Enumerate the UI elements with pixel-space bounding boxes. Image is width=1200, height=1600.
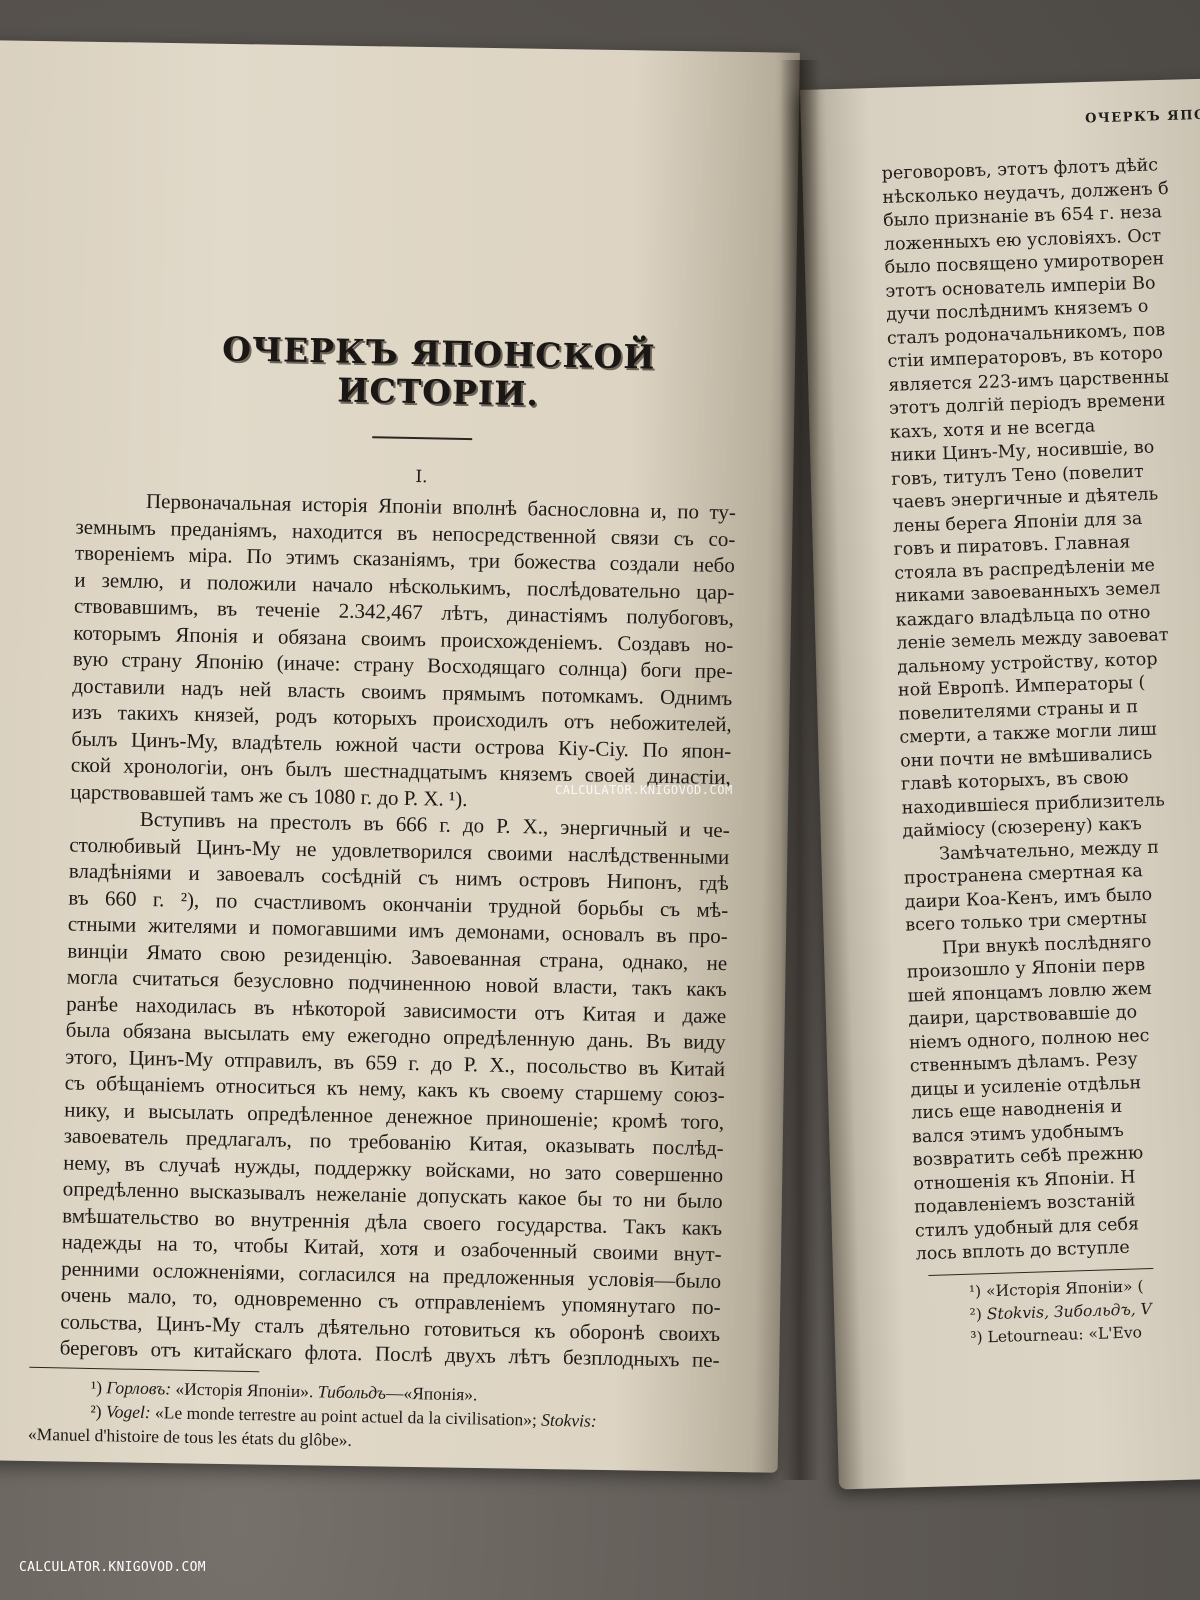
left-page-content: ОЧЕРКЪ ЯПОНСКОЙ ИСТОРІИ. I. Первоначальн…: [28, 290, 740, 1459]
footnote-divider: [928, 1267, 1153, 1275]
watermark-bottom-left: CALCULATOR.KNIGOVOD.COM: [19, 1560, 206, 1575]
book-gutter-shadow: [780, 60, 820, 1480]
chapter-title: ОЧЕРКЪ ЯПОНСКОЙ ИСТОРІИ.: [138, 328, 739, 418]
right-body-text: реговоровъ, этотъ флотъ дѣйс нѣсколько н…: [881, 152, 1200, 1267]
footnotes: ¹) Горловъ: «Исторія Японіи». Тибольдъ—«…: [28, 1373, 719, 1458]
right-footnotes: ¹) «Исторія Японіи» ( ²) Stokvis, Зиболь…: [917, 1271, 1200, 1351]
right-page-content: ОЧЕРКЪ ЯПО реговоровъ, этотъ флотъ дѣйс …: [880, 107, 1200, 1351]
footnote-divider: [29, 1366, 259, 1371]
watermark-center: CALCULATOR.KNIGOVOD.COM: [555, 783, 733, 797]
title-divider: [372, 436, 472, 440]
main-body-text: Первоначальная исторія Японіи вполнѣ бас…: [59, 487, 736, 1374]
